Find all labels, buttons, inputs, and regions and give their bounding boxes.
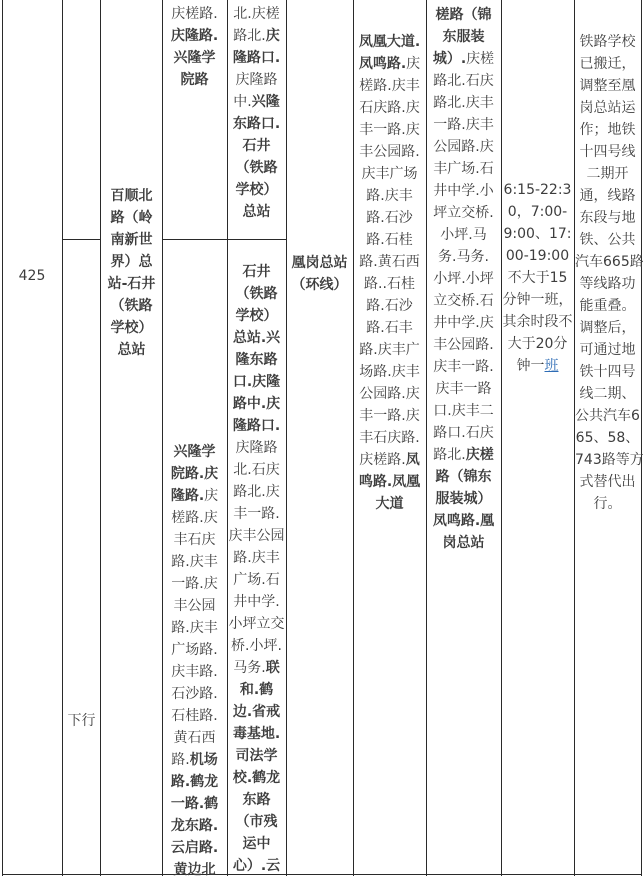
grid-line-horizontal xyxy=(162,239,286,240)
route-number: 425 xyxy=(3,265,61,287)
direction-down-label: 下行 xyxy=(63,710,100,732)
grid-line-vertical xyxy=(501,0,502,876)
grid-line-horizontal xyxy=(62,239,100,240)
stops-down-second-half: 石井 （铁路 学校） 总站.兴 隆东路 口.庆隆 路中.庆 隆路口. 庆隆路 北… xyxy=(228,261,285,876)
schedule-frequency: 6:15-22:3 0，7:00- 9:00、17: 00-19:00 不大于1… xyxy=(502,179,573,377)
loop-stops-list-b: 槎路（锦 东服装 城）.庆槎 路北.石庆 路北.庆丰 一路.庆丰 公园路.庆 丰… xyxy=(427,4,500,554)
loop-stops-list-a: 凤凰大道. 凤鸣路.庆 槎路.庆丰 石庆路.庆 丰一路.庆 丰公园路. 庆丰广场… xyxy=(354,31,425,515)
grid-line-vertical xyxy=(641,0,642,876)
grid-line-horizontal xyxy=(2,874,641,875)
stops-down-first-half: 兴隆学 院路.庆 隆路.庆 槎路.庆 丰石庆 路.庆丰 一路.庆 丰公园 路.庆… xyxy=(163,441,226,876)
grid-line-vertical xyxy=(62,0,63,876)
stops-up-second-half: 北.庆槎 路北.庆 隆路口. 庆隆路 中.兴隆 东路口. 石井 （铁路 学校） … xyxy=(228,3,285,223)
grid-line-vertical xyxy=(100,0,101,876)
loop-terminal-name: 凰岗总站 （环线） xyxy=(287,252,352,296)
route-name: 百顺北 路（岭 南新世 界）总 站-石井 （铁路 学校） 总站 xyxy=(101,185,162,361)
grid-line-vertical xyxy=(286,0,287,876)
frequency-note-link[interactable]: 班 xyxy=(545,358,559,374)
grid-line-vertical xyxy=(2,0,3,876)
stops-up-first-half: 庆槎路. 庆隆路. 兴隆学 院路 xyxy=(163,3,226,91)
bus-route-table: 425 下行 百顺北 路（岭 南新世 界）总 站-石井 （铁路 学校） 总站 庆… xyxy=(0,0,643,876)
adjustment-notes: 铁路学校 已搬迁， 调整至凰 岗总站运 作；地铁 十四号线 二期开 通，线路 东… xyxy=(575,31,640,515)
